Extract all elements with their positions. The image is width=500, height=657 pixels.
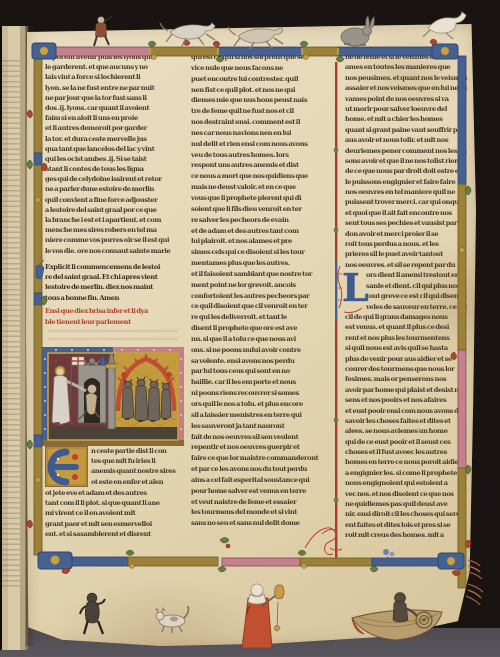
manuscript-text-line: nos peusimes. et quant nos le veismes [345, 73, 467, 83]
manuscript-photo: ni porent avenir puis les lyons quile ga… [0, 0, 500, 657]
manuscript-text-line: ce quil disoient que cil venroit en ter [191, 301, 334, 312]
manuscript-text-line: ent. et si sasamblerent et disrent [45, 529, 186, 539]
manuscript-text-line: roit mlt creus des homes. mlt a [345, 530, 467, 540]
manuscript-text-line: ni porent avenir puis les lyons qui [45, 52, 186, 62]
manuscript-text-line: les sauveront ja tant nauront [191, 421, 334, 432]
manuscript-text-line: courer des tourmens que nous lor [345, 364, 467, 374]
manuscript-text-line: mentames plus que les autres. [191, 258, 334, 269]
manuscript-text-line: ne a parler dune estoire de merlin [45, 184, 186, 194]
manuscript-text-line: alees. se nous aviemes un home [345, 426, 467, 436]
manuscript-text-line: n ceste partie dist li con [91, 446, 187, 456]
manuscript-text-line: puet encontre lui contrester. quil [191, 74, 334, 85]
manuscript-text-line: le puissons engignier et faire faire [345, 177, 467, 187]
initial-l-letter: L [342, 266, 369, 310]
manuscript-text-line: ne quidiemes pas quil deust ave [345, 499, 467, 509]
manuscript-text-line: deuriemes pener comment nos les puis [345, 146, 467, 156]
manuscript-text-line: ons. si ne poons nului avoir contre [191, 345, 334, 356]
manuscript-text-line: anemis quant nostre sires [91, 466, 187, 476]
manuscript-text-line: pour home salver est venus en terre [191, 486, 334, 497]
manuscript-text-line: le garderent. et que aucuns y no [45, 62, 186, 72]
manuscript-text-line: si quil nous est avis quil se hasta [345, 343, 467, 353]
manuscript-text-line: vous que li prophete plerent qui di [191, 193, 334, 204]
manuscript-text-line: re qui les deliverroit. et tant le [191, 312, 334, 323]
manuscript-text-line: ent faites et dites lois et pres si se [345, 520, 467, 530]
manuscript-text-line: a lestoire del saint graal por ce que [45, 205, 186, 215]
manuscript-text-line: ut morir pour salver loeuvre del [345, 104, 467, 114]
manuscript-text-line: et li autres demoroit por garder [45, 123, 186, 133]
red-flower-icon [166, 372, 172, 378]
manuscript-text-line: lui plairoit. et nos alames et pre [191, 236, 334, 247]
manuscript-text-line: ble tienent leur parlement [45, 317, 186, 328]
manuscript-text-line: nos oeuvres en tel maniere quil ne [345, 187, 467, 197]
manuscript-text-line: lestoire de merlin. diex nos maint [45, 282, 186, 292]
manuscript-text-line: sent tous ses pechies et vausist par [345, 218, 467, 228]
manuscript-text-line: niere comme vos porres oir se il est qui [45, 235, 186, 245]
manuscript-text-line: la branche i est et i apartient. et com [45, 215, 186, 225]
manuscript-text-line: confortoient les autres pecheors par [191, 291, 334, 302]
ink-showthrough [48, 330, 178, 346]
manuscript-text-line: et il faisoient samblant que nostre tor [191, 269, 334, 280]
manuscript-text-line: aus avoir et nous tolir. et mlt nos [345, 135, 467, 145]
manuscript-text-line: tre de feme quil ne fust nos et cil [191, 106, 334, 117]
miniature-harrowing-and-devils [42, 347, 184, 446]
column-1-initial-paragraph: n ceste partie dist li contes que mlt fu… [91, 446, 187, 487]
manuscript-text-line: avoir par home qui plaist et desist nos [345, 385, 467, 395]
column-1-after-miniature: ot jete eve et adam et des autrestant co… [45, 488, 186, 539]
manuscript-text-line: disent li prophete que ore est ave [191, 323, 334, 334]
manuscript-text-line: tout greve ce est cil qui disent no [366, 291, 467, 301]
manuscript-text-line: assaier et nos veismes que en lui ne tro… [345, 83, 467, 93]
manuscript-text-line: rent et nos plus les tourmentens [345, 333, 467, 343]
manuscript-text-line: et veut naistre de feme et essaier [191, 497, 334, 508]
manuscript-text-line: menche mes sires robers en tel ma [45, 225, 186, 235]
manuscript-text-line: le vos die. ore nos consaut sainte marie [45, 246, 186, 256]
manuscript-text-line: nul delit et rien ensi com nous avons [191, 139, 334, 150]
manuscript-text-line: ot jete eve et adam et des autres [45, 488, 186, 498]
manuscript-text-line: ors dient li anemi trestout en [366, 270, 467, 280]
manuscript-text-line: sons avoir et que il ne nos tolist riens [345, 156, 467, 166]
initial-l: L [336, 264, 366, 314]
manuscript-text-line: nes car nous navions nen en lui [191, 128, 334, 139]
manuscript-text-line: nir. ensi diroit cil les choses qui sero… [345, 509, 467, 519]
manuscript-text-line: quil convient a fine force adjouster [45, 195, 186, 205]
manuscript-text-line: lais vint a force si lochierent li [45, 72, 186, 82]
manuscript-text-line: fait de nos oeuvres sil sen veulent [191, 432, 334, 443]
column-3-l-paragraph: cil de qui li grans damages nousest venu… [345, 312, 467, 541]
facing-page-showthrough-text [2, 60, 20, 590]
manuscript-text-line: tous a bonne fin. Amen [45, 293, 186, 303]
column-3-text: ne de feme et si le veismes et assaiames… [345, 52, 467, 270]
manuscript-text-line: nen fist ce quil plot. et nos ne qui [191, 85, 334, 96]
manuscript-text-line: et par ce les avons nos du tout perdu [191, 464, 334, 475]
rubric-red-text: Ensi que diex brisa infer et li dyable t… [45, 306, 186, 327]
manuscript-text-line: ce nous a mort que nos quidiens que [191, 171, 334, 182]
manuscript-text-line: fesimes. mais or penserons nos [345, 374, 467, 384]
manuscript-text-line: choses et il fust avoec les autres [345, 447, 467, 457]
manuscript-text-line: lyon. se la ne fust entre ne par nuit [45, 83, 186, 93]
manuscript-text-line: ains a cel fait esperital soustance qui [191, 475, 334, 486]
manuscript-text-line: ni poons riens recouvrer si somes [191, 388, 334, 399]
column-2-text: qui est cil qui si nos sorprent que serv… [191, 52, 334, 529]
manuscript-text-line: home. et mlt a chier les homes [345, 114, 467, 124]
manuscript-text-line: atant li contes de tous les ligna [45, 164, 186, 174]
manuscript-text-line: roit tous perdus a nous. et les [345, 239, 467, 249]
manuscript-text-line: homes en terre ce nous poroit aidier [345, 457, 467, 467]
manuscript-text-line: re del saint graal. Et chi apres vient [45, 272, 186, 282]
red-flower-icon [121, 372, 127, 378]
manuscript-text-line: nous engignoient qui estoient a [345, 478, 467, 488]
manuscript-text-line: don avoir et merci proier il se [345, 229, 467, 239]
manuscript-text-line: sa volente. ensi avons nos perdu [191, 356, 334, 367]
manuscript-text-line: ors quil le nos a tolu. et plus encore [191, 399, 334, 410]
manuscript-text-line: quant si grant paine vaut souffrir por [345, 125, 467, 135]
manuscript-text-line: diemes mie que nus hons peust nais [191, 95, 334, 106]
manuscript-text-line: qua tant que lancelos del lac y vint [45, 144, 186, 154]
initial-e [45, 446, 88, 487]
manuscript-text-line: et quoi que il ait fait encontre nos [345, 208, 467, 218]
manuscript-text-line: mais ne deust valoir. et en ce que [191, 182, 334, 193]
manuscript-text-line: tes que mlt fu iries li [91, 456, 187, 466]
manuscript-text-line: baillie. car il les em porte et nous [191, 377, 334, 388]
manuscript-text-line: simes cels qui ce disoient si les tour [191, 247, 334, 258]
column-3-l-paragraph-indent: ors dient li anemi trestout ensanle et d… [366, 270, 467, 312]
manuscript-text-line: faire ce que lor maistre commanderont [191, 453, 334, 464]
manuscript-text-line: sanle et dient. cil qui plus nos [366, 281, 467, 291]
manuscript-text-line: nos destraint ensi. comment est il [191, 117, 334, 128]
manuscript-text-line: Explicit li commencemens de lestoi [45, 262, 186, 272]
manuscript-text-line: est venus. et quant il plus ce desi [345, 322, 467, 332]
manuscript-text-line: veles de sauveur en terre. ce est [366, 302, 467, 312]
manuscript-text-line: savoir les choses faites et dites et [345, 416, 467, 426]
manuscript-text-line: et eust pooir ensi com nous avons de [345, 406, 467, 416]
manuscript-text-line: ames en toutes les manieres que [345, 62, 467, 72]
explicit-paragraph: Explicit li commencemens de lestoire del… [45, 262, 186, 303]
manuscript-text-line: plus de venir pour aus aidier et se [345, 354, 467, 364]
manuscript-text-line: tant com il li plot. si que quant li ane [45, 498, 186, 508]
manuscript-text-line: la tor. et dura ceste mervelle jus [45, 134, 186, 144]
manuscript-text-line: respont uns autres anemis et dist [191, 160, 334, 171]
manuscript-text-line: dos .ij. lyons. car quant il avoient [45, 103, 186, 113]
manuscript-text-line: sens et nos pooirs et nos afaires [345, 395, 467, 405]
manuscript-text-line: ment point ne lor grevoit. ancois [191, 280, 334, 291]
manuscript-text-line: a engignier les. si come li prophete [345, 468, 467, 478]
manuscript-text-line: ne par jour que la tor fust sans li [45, 93, 186, 103]
manuscript-text-line: prieres sil le puet avoir tantost [345, 249, 467, 259]
manuscript-text-line: sans no seu et sans nul delit dome [191, 518, 334, 529]
manuscript-text-line: puissent trover merci. car qui onques [345, 197, 467, 207]
manuscript-text-line: Ensi que diex brisa infer et li dya [45, 306, 186, 317]
manuscript-text-line: grant paor et mlt sen esmervelloi [45, 519, 186, 529]
manuscript-text-line: re salver les pecheors de evain [191, 215, 334, 226]
manuscript-text-line: qui les ocist ambes .ij. Si se taist [45, 154, 186, 164]
manuscript-text-line: repentir et nos oeuvres guerpir et [191, 442, 334, 453]
manuscript-text-line: faim si en aloit li uns en proie [45, 113, 186, 123]
manuscript-text-line: sil a laissier menistres en terre qui [191, 410, 334, 421]
manuscript-text-line: les tourmens del monde et si vint [191, 507, 334, 518]
manuscript-text-line: de ce que nous par droit doit estre et q… [345, 166, 467, 176]
manuscript-text-line: veu de tous autres homes. lors [191, 150, 334, 161]
manuscript-text-line: nu. si que il a tolu ce que nous avi [191, 334, 334, 345]
column-1-text: ni porent avenir puis les lyons quile ga… [45, 52, 186, 256]
manuscript-text-line: ges qui de celydoine issirent et retor [45, 174, 186, 184]
facing-page-edge [0, 26, 28, 650]
manuscript-text-line: soient que li fils dieu venroit en ter [191, 204, 334, 215]
manuscript-text-line: qui de ce eust pooir et il seust ces [345, 437, 467, 447]
manuscript-text-line: qui est cil qui si nos sorprent que ser [191, 52, 334, 63]
manuscript-text-line: ne de feme et si le veismes et assai [345, 52, 467, 62]
manuscript-text-line: par lui tous ceus qui sont en no [191, 366, 334, 377]
manuscript-text-line: vec nos. et nos disoient ce que nos [345, 489, 467, 499]
manuscript-text-line: mi virent ce il en avoient mlt [45, 508, 186, 518]
manuscript-text-line: vice nule que nous facons ne [191, 63, 334, 74]
manuscript-text-line: et de adam et des autres tant com [191, 226, 334, 237]
manuscript-text-line: vames point de nos oeuvres si va [345, 94, 467, 104]
manuscript-text-line: ot este en enfer et alen [91, 477, 187, 487]
